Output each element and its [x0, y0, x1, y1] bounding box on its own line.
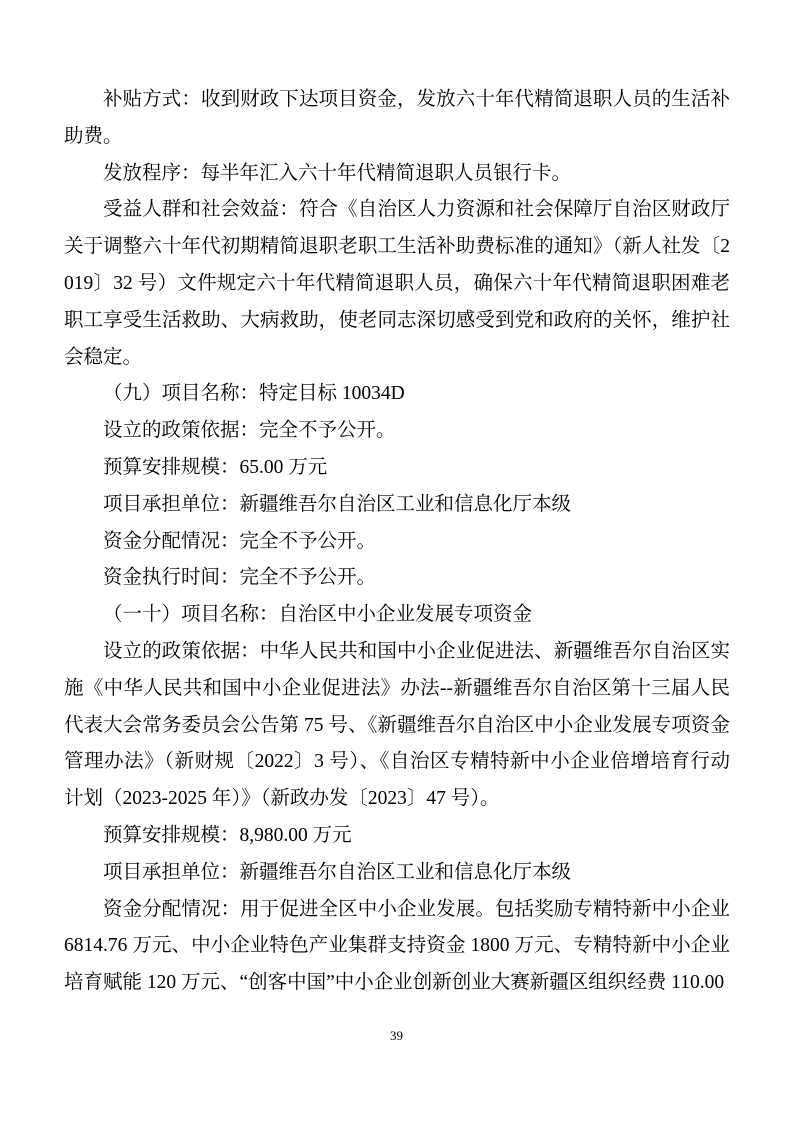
paragraph-project-9-fund-execution: 资金执行时间：完全不予公开。	[64, 560, 730, 597]
paragraph-project-9-undertaker: 项目承担单位：新疆维吾尔自治区工业和信息化厅本级	[64, 487, 730, 524]
paragraph-project-10-fund-allocation: 资金分配情况：用于促进全区中小企业发展。包括奖励专精特新中小企业 6814.76…	[64, 892, 730, 1002]
document-page: 补贴方式：收到财政下达项目资金，发放六十年代精简退职人员的生活补助费。 发放程序…	[0, 0, 793, 1122]
paragraph-project-9-fund-allocation: 资金分配情况：完全不予公开。	[64, 524, 730, 561]
paragraph-subsidy-method: 补贴方式：收到财政下达项目资金，发放六十年代精简退职人员的生活补助费。	[64, 82, 730, 156]
paragraph-project-10-name: （一十）项目名称：自治区中小企业发展专项资金	[64, 597, 730, 634]
paragraph-beneficiaries: 受益人群和社会效益：符合《自治区人力资源和社会保障厅自治区财政厅关于调整六十年代…	[64, 192, 730, 376]
paragraph-project-9-budget: 预算安排规模：65.00 万元	[64, 450, 730, 487]
document-body: 补贴方式：收到财政下达项目资金，发放六十年代精简退职人员的生活补助费。 发放程序…	[64, 82, 730, 1002]
paragraph-project-9-policy-basis: 设立的政策依据：完全不予公开。	[64, 413, 730, 450]
paragraph-issue-procedure: 发放程序：每半年汇入六十年代精简退职人员银行卡。	[64, 156, 730, 193]
paragraph-project-10-policy-basis: 设立的政策依据：中华人民共和国中小企业促进法、新疆维吾尔自治区实施《中华人民共和…	[64, 634, 730, 818]
paragraph-project-10-budget: 预算安排规模：8,980.00 万元	[64, 818, 730, 855]
paragraph-project-9-name: （九）项目名称：特定目标 10034D	[64, 376, 730, 413]
page-number: 39	[0, 1028, 793, 1044]
paragraph-project-10-undertaker: 项目承担单位：新疆维吾尔自治区工业和信息化厅本级	[64, 855, 730, 892]
